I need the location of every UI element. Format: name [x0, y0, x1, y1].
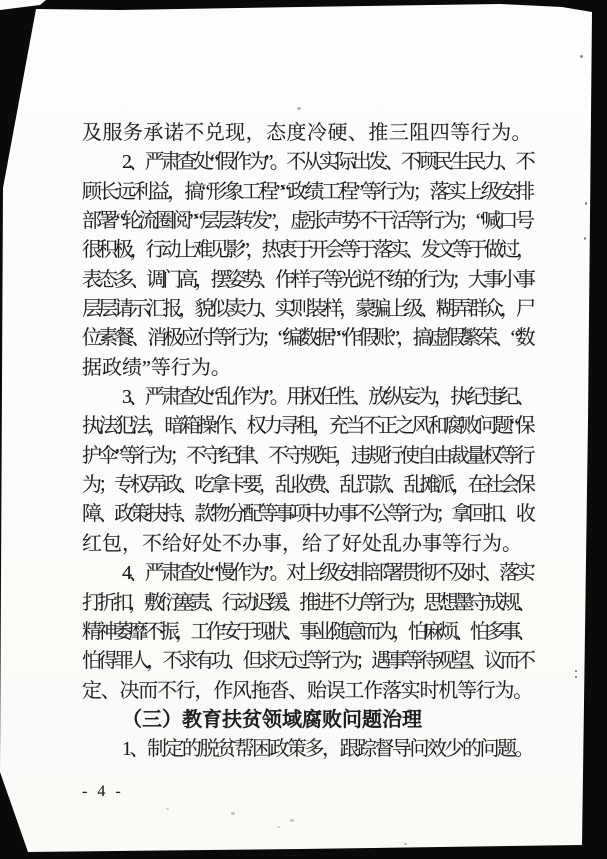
- text-line-content: 障、政策扶持、款物分配等事项中办事不公等行为；拿回扣、收: [82, 500, 532, 529]
- text-line: 部署“轮流圈阅”“层层转发”，虚张声势不干活等行为；“喊口号: [82, 207, 532, 236]
- text-line: 为；专权弄政、吃拿卡要，乱收费、乱罚款、乱摊派，在社会保: [82, 471, 532, 500]
- scan-speck: [277, 826, 280, 828]
- text-line-content: 1、制定的脱贫帮困政策多，跟踪督导问效少的问题。: [122, 735, 532, 764]
- text-line: 红包，不给好处不办事，给了好处乱办事等行为。: [82, 530, 532, 559]
- scan-speck: [580, 55, 583, 58]
- text-line: 定、决而不行，作风拖沓、贻误工作落实时机等行为。: [82, 677, 532, 706]
- scan-speck: [404, 843, 407, 845]
- text-line-content: 为；专权弄政、吃拿卡要，乱收费、乱罚款、乱摊派，在社会保: [82, 471, 532, 500]
- text-line: 护伞”等行为；不守纪律、不守规矩，违规行使自由裁量权等行: [82, 442, 532, 471]
- text-line: 顾长远利益，搞“形象工程”“政绩工程”等行为；落实上级安排: [82, 178, 532, 207]
- text-line: 1、制定的脱贫帮困政策多，跟踪督导问效少的问题。: [82, 735, 532, 764]
- page-corner-sliver: [0, 0, 46, 10]
- document-body: 及服务承诺不兑现，态度冷硬、推三阻四等行为。2、严肃查处“假作为”。不从实际出发…: [82, 119, 532, 765]
- text-line-content: 定、决而不行，作风拖沓、贻误工作落实时机等行为。: [82, 677, 532, 706]
- text-line-content: 护伞”等行为；不守纪律、不守规矩，违规行使自由裁量权等行: [82, 442, 532, 471]
- scan-speck: [584, 237, 586, 240]
- text-line-content: 表态多、调门高，摆姿势、作样子等光说不练的行为；大事小事: [82, 266, 532, 295]
- text-line: 及服务承诺不兑现，态度冷硬、推三阻四等行为。: [82, 119, 532, 148]
- scan-speck: [166, 808, 169, 810]
- section-heading: （三）教育扶贫领域腐败问题治理: [82, 706, 532, 735]
- text-line: 怕得罪人，不求有功、但求无过等行为；遇事等待观望、议而不: [82, 647, 532, 676]
- text-line: 据政绩”等行为。: [82, 354, 532, 383]
- scan-speck: [575, 670, 577, 672]
- text-line: 层层请示汇报，貌似卖力、实则装样，蒙骗上级、糊弄群众，尸: [82, 295, 532, 324]
- text-line: 执法犯法，暗箱操作、权力寻租，充当不正之风和腐败问题“保: [82, 412, 532, 441]
- text-line-content: 红包，不给好处不办事，给了好处乱办事等行为。: [82, 530, 522, 559]
- text-line-content: 很积极，行动上难见影”，热衷于开会等于落实、发文等于做过，: [82, 236, 532, 265]
- text-line: 位素餐、消极应付等行为；“编数据”“作假账”，搞虚假繁荣、“数: [82, 324, 532, 353]
- text-line-content: 怕得罪人，不求有功、但求无过等行为；遇事等待观望、议而不: [82, 647, 532, 676]
- text-line: 障、政策扶持、款物分配等事项中办事不公等行为；拿回扣、收: [82, 500, 532, 529]
- text-line-content: 执法犯法，暗箱操作、权力寻租，充当不正之风和腐败问题“保: [82, 412, 532, 441]
- scan-speck: [585, 202, 587, 205]
- text-line-content: 及服务承诺不兑现，态度冷硬、推三阻四等行为。: [82, 119, 532, 148]
- text-line-content: 部署“轮流圈阅”“层层转发”，虚张声势不干活等行为；“喊口号: [82, 207, 532, 236]
- page-number: - 4 -: [82, 783, 124, 801]
- text-line-content: 3、严肃查处“乱作为”。用权任性、放纵妄为，执纪违纪、: [122, 383, 532, 412]
- scan-speck: [231, 812, 235, 815]
- text-line-content: 打折扣，敷衍塞责、行动迟缓、推进不力等行为；思想墨守成规、: [82, 589, 532, 618]
- text-line-content: 2、严肃查处“假作为”。不从实际出发、不顾民生民力、不: [122, 148, 532, 177]
- scan-speck: [297, 107, 301, 110]
- scan-speck: [290, 819, 294, 822]
- text-line-content: 4、严肃查处“慢作为”。对上级安排部署贯彻不及时、落实: [122, 559, 532, 588]
- text-line: 精神萎靡不振，工作安于现状、事业随意而为，怕麻烦、怕多事、: [82, 618, 532, 647]
- text-line: 打折扣，敷衍塞责、行动迟缓、推进不力等行为；思想墨守成规、: [82, 589, 532, 618]
- text-line: 表态多、调门高，摆姿势、作样子等光说不练的行为；大事小事: [82, 266, 532, 295]
- text-line-content: 顾长远利益，搞“形象工程”“政绩工程”等行为；落实上级安排: [82, 178, 532, 207]
- text-line: 2、严肃查处“假作为”。不从实际出发、不顾民生民力、不: [82, 148, 532, 177]
- text-line-content: 据政绩”等行为。: [82, 354, 231, 383]
- text-line: 4、严肃查处“慢作为”。对上级安排部署贯彻不及时、落实: [82, 559, 532, 588]
- text-line-content: 精神萎靡不振，工作安于现状、事业随意而为，怕麻烦、怕多事、: [82, 618, 532, 647]
- text-line: 很积极，行动上难见影”，热衷于开会等于落实、发文等于做过，: [82, 236, 532, 265]
- scanned-document-page: 及服务承诺不兑现，态度冷硬、推三阻四等行为。2、严肃查处“假作为”。不从实际出发…: [0, 0, 607, 859]
- text-line-content: （三）教育扶贫领域腐败问题治理: [122, 706, 422, 735]
- scan-speck: [575, 676, 577, 678]
- text-line-content: 位素餐、消极应付等行为；“编数据”“作假账”，搞虚假繁荣、“数: [82, 324, 532, 353]
- text-line-content: 层层请示汇报，貌似卖力、实则装样，蒙骗上级、糊弄群众，尸: [82, 295, 532, 324]
- text-line: 3、严肃查处“乱作为”。用权任性、放纵妄为，执纪违纪、: [82, 383, 532, 412]
